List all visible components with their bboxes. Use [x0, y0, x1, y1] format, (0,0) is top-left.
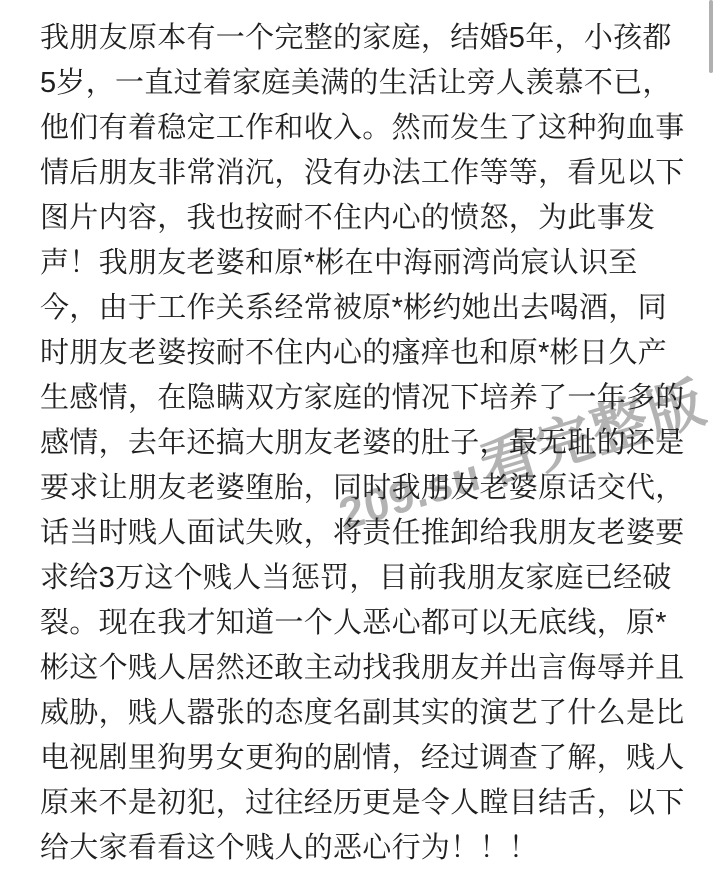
text-line: 要求让朋友老婆堕胎，同时我朋友老婆原话交代，: [40, 466, 696, 511]
text-line: 今，由于工作关系经常被原*彬约她出去喝酒，同: [40, 286, 696, 331]
text-line: 电视剧里狗男女更狗的剧情，经过调查了解，贱人: [40, 736, 696, 781]
text-line: 时朋友老婆按耐不住内心的瘙痒也和原*彬日久产: [40, 331, 696, 376]
text-line: 生感情，在隐瞒双方家庭的情况下培养了一年多的: [40, 376, 696, 421]
text-line: 感情，去年还搞大朋友老婆的肚子，最无耻的还是: [40, 421, 696, 466]
text-line: 裂。现在我才知道一个人恶心都可以无底线，原*: [40, 601, 696, 646]
text-line: 彬这个贱人居然还敢主动找我朋友并出言侮辱并且: [40, 646, 696, 691]
post-text: 我朋友原本有一个完整的家庭，结婚5年，小孩都5岁，一直过着家庭美满的生活让旁人羡…: [0, 0, 720, 871]
text-line: 原来不是初犯，过往经历更是令人瞠目结舌，以下: [40, 781, 696, 826]
text-line: 图片内容，我也按耐不住内心的愤怒，为此事发: [40, 196, 696, 241]
text-line: 情后朋友非常消沉，没有办法工作等等，看见以下: [40, 151, 696, 196]
text-line: 给大家看看这个贱人的恶心行为！！！: [40, 826, 696, 871]
text-line: 话当时贱人面试失败，将责任推卸给我朋友老婆要: [40, 511, 696, 556]
text-line: 我朋友原本有一个完整的家庭，结婚5年，小孩都: [40, 16, 696, 61]
vertical-scrollbar-thumb[interactable]: [709, 0, 713, 73]
text-line: 威胁，贱人嚣张的态度名副其实的演艺了什么是比: [40, 691, 696, 736]
text-line: 5岁，一直过着家庭美满的生活让旁人羡慕不已，: [40, 61, 696, 106]
text-line: 声！我朋友老婆和原*彬在中海丽湾尚宸认识至: [40, 241, 696, 286]
text-line: 他们有着稳定工作和收入。然而发生了这种狗血事: [40, 106, 696, 151]
text-line: 求给3万这个贱人当惩罚，目前我朋友家庭已经破: [40, 556, 696, 601]
